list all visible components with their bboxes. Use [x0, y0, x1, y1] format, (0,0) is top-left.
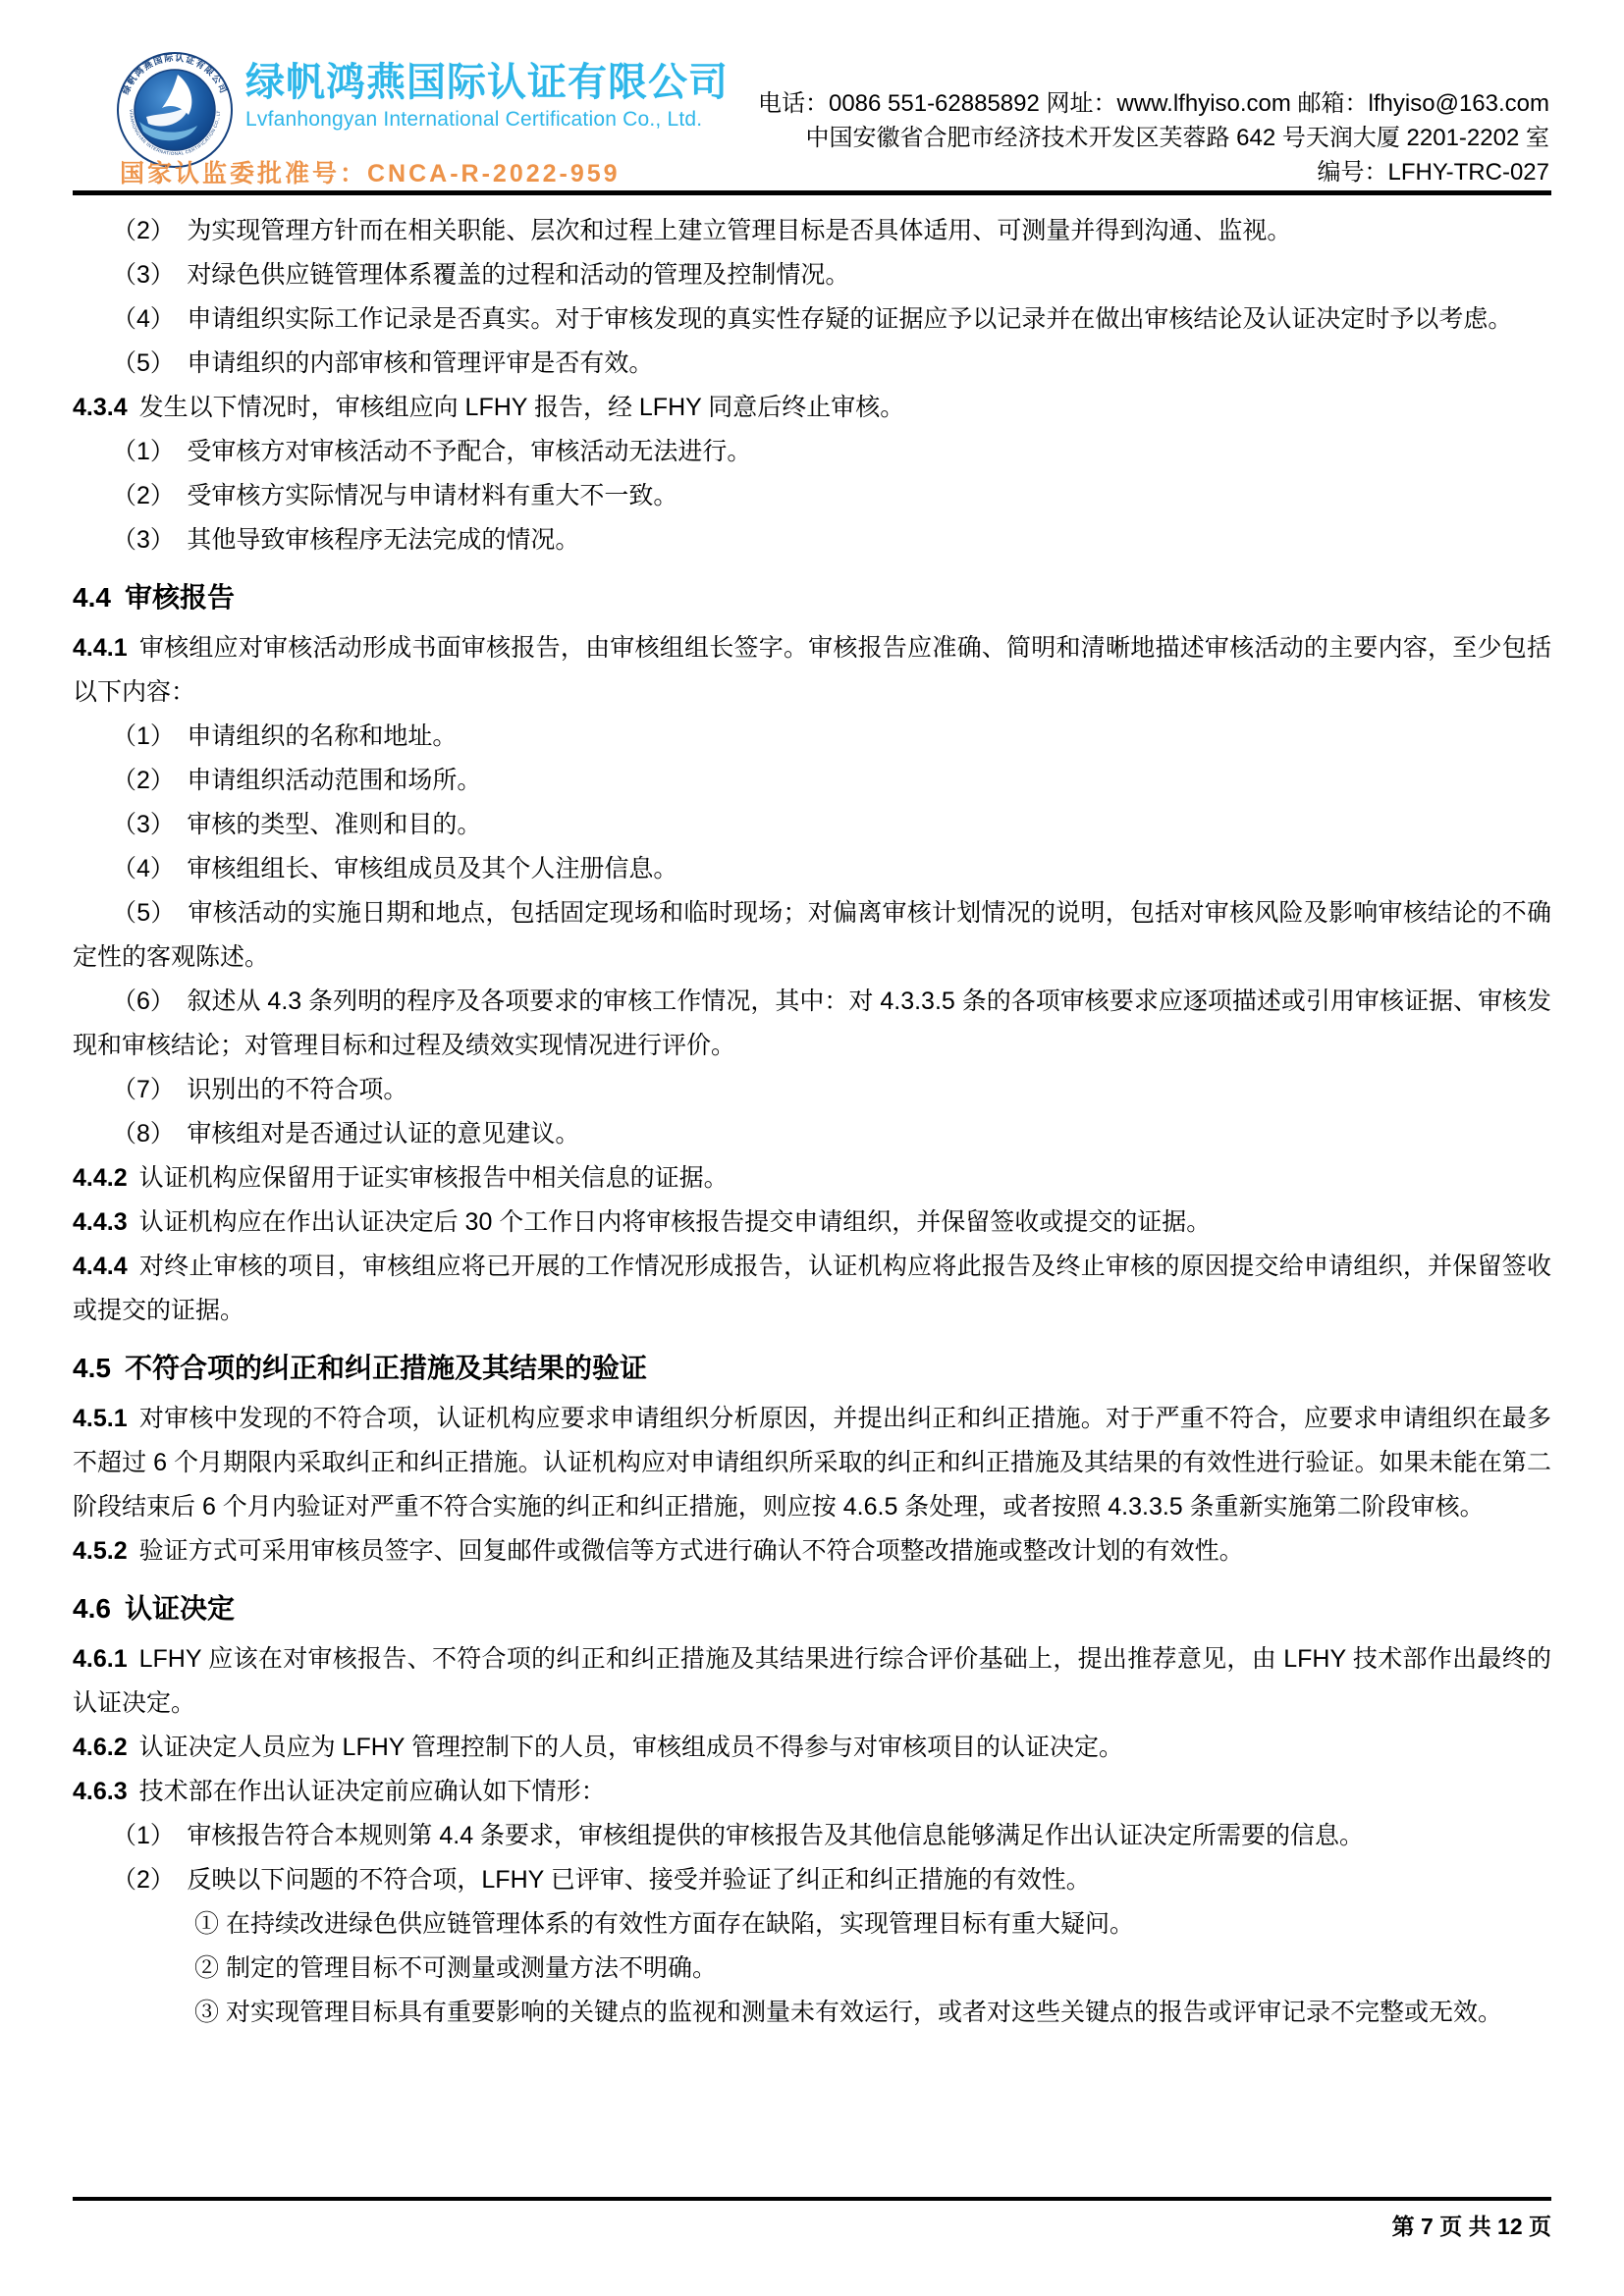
clause-text: 对终止审核的项目，审核组应将已开展的工作情况形成报告，认证机构应将此报告及终止审…: [73, 1253, 1551, 1324]
approval-number-line: 国家认监委批准号：CNCA-R-2022-959: [120, 154, 621, 189]
clause-text: 技术部在作出认证决定前应确认如下情形：: [139, 1778, 606, 1805]
clause-paragraph: 4.5.1对审核中发现的不符合项，认证机构应要求申请组织分析原因，并提出纠正和纠…: [73, 1397, 1551, 1529]
clause-number: 4.4.3: [73, 1208, 128, 1236]
page-number-text: 第 7 页 共 12 页: [1392, 2214, 1551, 2239]
clause-item: （1） 审核报告符合本规则第 4.4 条要求，审核组提供的审核报告及其他信息能够…: [73, 1814, 1551, 1858]
clause-text: LFHY 应该在对审核报告、不符合项的纠正和纠正措施及其结果进行综合评价基础上，…: [73, 1645, 1551, 1717]
clause-number: 4.3.4: [73, 394, 128, 421]
clause-item: （4） 审核组组长、审核组成员及其个人注册信息。: [73, 847, 1551, 891]
company-name-cn: 绿帆鸿燕国际认证有限公司: [245, 59, 729, 106]
clause-item: （5） 审核活动的实施日期和地点，包括固定现场和临时现场；对偏离审核计划情况的说…: [73, 891, 1551, 980]
clause-paragraph: 4.6.1LFHY 应该在对审核报告、不符合项的纠正和纠正措施及其结果进行综合评…: [73, 1637, 1551, 1726]
clause-paragraph: 4.6.2认证决定人员应为 LFHY 管理控制下的人员，审核组成员不得参与对审核…: [73, 1726, 1551, 1770]
clause-number: 4.6.1: [73, 1645, 128, 1673]
section-number: 4.4: [73, 582, 111, 613]
clause-paragraph: 4.4.4对终止审核的项目，审核组应将已开展的工作情况形成报告，认证机构应将此报…: [73, 1245, 1551, 1333]
clause-text: 对审核中发现的不符合项，认证机构应要求申请组织分析原因，并提出纠正和纠正措施。对…: [73, 1405, 1551, 1521]
clause-number: 4.4.4: [73, 1253, 128, 1280]
contact-phone-web-email: 电话：0086 551-62885892 网址：www.lfhyiso.com …: [758, 86, 1549, 121]
clause-text: 认证决定人员应为 LFHY 管理控制下的人员，审核组成员不得参与对审核项目的认证…: [139, 1734, 1123, 1761]
clause-item: （2） 受审核方实际情况与申请材料有重大不一致。: [73, 474, 1551, 518]
document-number: 编号：LFHY-TRC-027: [758, 155, 1549, 189]
clause-text: 审核组应对审核活动形成书面审核报告，由审核组组长签字。审核报告应准确、简明和清晰…: [73, 634, 1551, 706]
clause-item: （1） 受审核方对审核活动不予配合，审核活动无法进行。: [73, 430, 1551, 474]
clause-paragraph: 4.3.4发生以下情况时，审核组应向 LFHY 报告，经 LFHY 同意后终止审…: [73, 386, 1551, 430]
contact-block: 电话：0086 551-62885892 网址：www.lfhyiso.com …: [758, 86, 1549, 189]
clause-item: （2） 反映以下问题的不符合项，LFHY 已评审、接受并验证了纠正和纠正措施的有…: [73, 1858, 1551, 1902]
clause-text: 验证方式可采用审核员签字、回复邮件或微信等方式进行确认不符合项整改措施或整改计划…: [139, 1537, 1244, 1565]
section-title: 审核报告: [125, 582, 235, 613]
section-number: 4.5: [73, 1353, 111, 1383]
section-number: 4.6: [73, 1593, 111, 1624]
clause-subitem: ① 在持续改进绿色供应链管理体系的有效性方面存在缺陷，实现管理目标有重大疑问。: [73, 1902, 1551, 1947]
section-heading: 4.4审核报告: [73, 577, 1551, 618]
page-header: 绿帆鸿燕国际认证有限公司 LVFANHONGYAN INTERNATIONAL …: [73, 51, 1551, 190]
document-page: 绿帆鸿燕国际认证有限公司 LVFANHONGYAN INTERNATIONAL …: [0, 0, 1624, 2296]
clause-text: 发生以下情况时，审核组应向 LFHY 报告，经 LFHY 同意后终止审核。: [139, 394, 905, 421]
clause-item: （1） 申请组织的名称和地址。: [73, 715, 1551, 759]
clause-item: （3） 对绿色供应链管理体系覆盖的过程和活动的管理及控制情况。: [73, 253, 1551, 297]
section-title: 不符合项的纠正和纠正措施及其结果的验证: [125, 1353, 647, 1383]
clause-text: 认证机构应在作出认证决定后 30 个工作日内将审核报告提交申请组织，并保留签收或…: [139, 1208, 1212, 1236]
clause-paragraph: 4.5.2验证方式可采用审核员签字、回复邮件或微信等方式进行确认不符合项整改措施…: [73, 1529, 1551, 1574]
company-name-en: Lvfanhongyan International Certification…: [245, 106, 729, 133]
clause-paragraph: 4.6.3技术部在作出认证决定前应确认如下情形：: [73, 1770, 1551, 1814]
section-title: 认证决定: [125, 1593, 235, 1624]
clause-item: （2） 申请组织活动范围和场所。: [73, 759, 1551, 803]
clause-subitem: ③ 对实现管理目标具有重要影响的关键点的监视和测量未有效运行，或者对这些关键点的…: [73, 1991, 1551, 2035]
contact-address: 中国安徽省合肥市经济技术开发区芙蓉路 642 号天润大厦 2201-2202 室: [758, 121, 1549, 155]
clause-paragraph: 4.4.3认证机构应在作出认证决定后 30 个工作日内将审核报告提交申请组织，并…: [73, 1201, 1551, 1245]
page-footer: 第 7 页 共 12 页: [73, 2197, 1551, 2241]
clause-number: 4.4.1: [73, 634, 128, 662]
clause-number: 4.6.3: [73, 1778, 128, 1805]
clause-text: 认证机构应保留用于证实审核报告中相关信息的证据。: [139, 1164, 729, 1192]
brand-block: 绿帆鸿燕国际认证有限公司 Lvfanhongyan International …: [245, 59, 729, 133]
section-heading: 4.6认证决定: [73, 1588, 1551, 1629]
clause-item: （4） 申请组织实际工作记录是否真实。对于审核发现的真实性存疑的证据应予以记录并…: [73, 297, 1551, 342]
document-body: （2） 为实现管理方针而在相关职能、层次和过程上建立管理目标是否具体适用、可测量…: [73, 195, 1551, 2035]
clause-paragraph: 4.4.2认证机构应保留用于证实审核报告中相关信息的证据。: [73, 1156, 1551, 1201]
section-heading: 4.5不符合项的纠正和纠正措施及其结果的验证: [73, 1348, 1551, 1389]
clause-number: 4.4.2: [73, 1164, 128, 1192]
clause-number: 4.6.2: [73, 1734, 128, 1761]
clause-item: （5） 申请组织的内部审核和管理评审是否有效。: [73, 342, 1551, 386]
clause-item: （7） 识别出的不符合项。: [73, 1068, 1551, 1112]
clause-number: 4.5.2: [73, 1537, 128, 1565]
clause-item: （6） 叙述从 4.3 条列明的程序及各项要求的审核工作情况，其中：对 4.3.…: [73, 980, 1551, 1068]
clause-item: （3） 其他导致审核程序无法完成的情况。: [73, 518, 1551, 562]
clause-subitem: ② 制定的管理目标不可测量或测量方法不明确。: [73, 1947, 1551, 1991]
company-logo-icon: 绿帆鸿燕国际认证有限公司 LVFANHONGYAN INTERNATIONAL …: [116, 51, 234, 169]
clause-number: 4.5.1: [73, 1405, 128, 1432]
clause-item: （8） 审核组对是否通过认证的意见建议。: [73, 1112, 1551, 1156]
clause-item: （2） 为实现管理方针而在相关职能、层次和过程上建立管理目标是否具体适用、可测量…: [73, 209, 1551, 253]
clause-paragraph: 4.4.1审核组应对审核活动形成书面审核报告，由审核组组长签字。审核报告应准确、…: [73, 626, 1551, 715]
clause-item: （3） 审核的类型、准则和目的。: [73, 803, 1551, 847]
